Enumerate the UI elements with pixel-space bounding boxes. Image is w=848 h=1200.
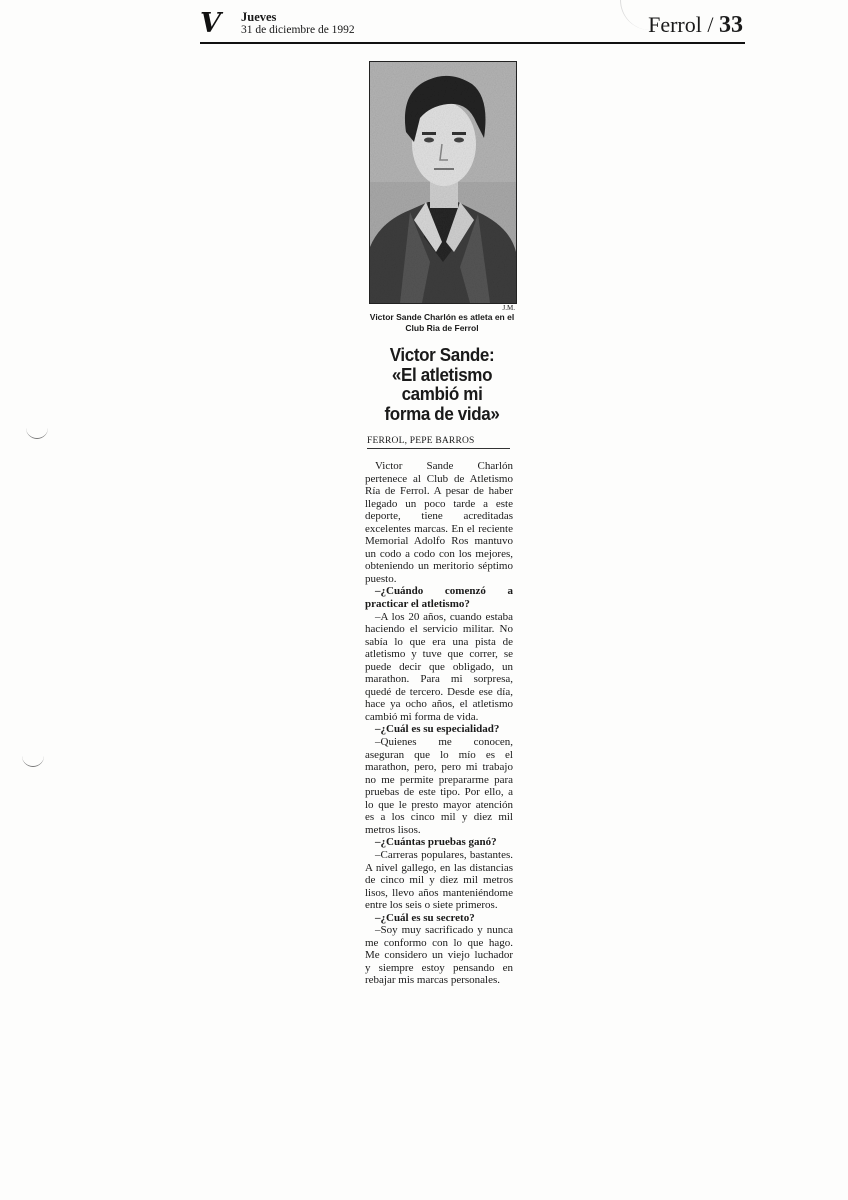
interview-question: –¿Cuándo comenzó a practicar el atletism… <box>365 585 513 610</box>
headline-line: cambió mi <box>368 384 515 404</box>
article-body: Victor Sande Charlón pertenece al Club d… <box>365 460 513 987</box>
interview-answer: –Carreras populares, bastantes. A nivel … <box>365 849 513 912</box>
portrait-photo <box>369 61 517 304</box>
interview-answer: –Quienes me conocen, aseguran que lo mío… <box>365 736 513 836</box>
headline-line: forma de vida» <box>368 404 515 424</box>
punch-hole-mark <box>22 752 44 767</box>
headline-line: Victor Sande: <box>368 345 515 365</box>
page-number: 33 <box>719 12 743 38</box>
byline: FERROL, PEPE BARROS <box>367 436 510 449</box>
page-header: V Jueves 31 de diciembre de 1992 Ferrol … <box>200 8 745 44</box>
portrait-image-icon <box>370 62 516 303</box>
interview-answer: –Soy muy sacrificado y nunca me conformo… <box>365 924 513 987</box>
section-name: Ferrol / <box>648 12 713 37</box>
headline-line: «El atletismo <box>368 365 515 385</box>
article-headline: Victor Sande: «El atletismo cambió mi fo… <box>368 345 515 423</box>
interview-question: –¿Cuál es su especialidad? <box>365 723 513 736</box>
section-page-label: Ferrol / 33 <box>648 12 743 38</box>
newspaper-logo-icon: V <box>200 10 216 38</box>
article-paragraph: Victor Sande Charlón pertenece al Club d… <box>365 460 513 585</box>
punch-hole-mark <box>26 424 48 439</box>
photo-caption: Victor Sande Charlón es atleta en el Clu… <box>364 312 520 333</box>
header-date: 31 de diciembre de 1992 <box>241 24 355 36</box>
photo-credit: J.M. <box>369 304 515 312</box>
interview-answer: –A los 20 años, cuando estaba haciendo e… <box>365 611 513 724</box>
header-day: Jueves <box>241 11 276 23</box>
interview-question: –¿Cuántas pruebas ganó? <box>365 836 513 849</box>
interview-question: –¿Cuál es su secreto? <box>365 912 513 925</box>
